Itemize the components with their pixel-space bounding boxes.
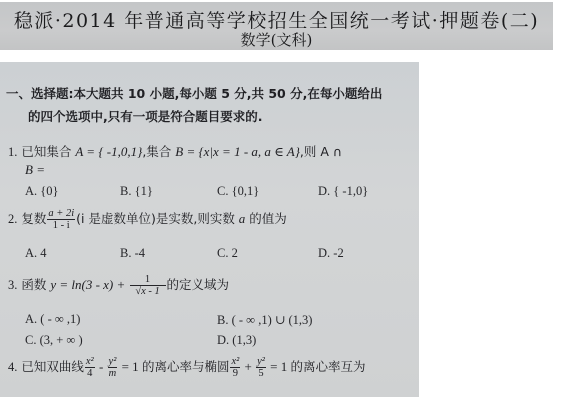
exam-page: 一、选择题:本大题共 10 小题,每小题 5 分,共 50 分,在每小题给出 的… bbox=[0, 62, 419, 397]
minus-sign: - bbox=[96, 359, 107, 374]
ellipse-x-term: x²9 bbox=[230, 356, 240, 379]
question-1-option-c: C. {0,1} bbox=[217, 184, 259, 199]
exam-header-banner: 稳派·2014 年普通高等学校招生全国统一考试·押题卷(二) 数学(文科) bbox=[0, 2, 553, 50]
equals-one: = 1 bbox=[118, 359, 142, 374]
fraction-denominator: 1 - i bbox=[47, 220, 75, 231]
question-2-text-b: (i 是虚数单位)是实数,则实数 bbox=[76, 211, 239, 226]
question-3-option-d: D. (1,3) bbox=[217, 333, 256, 348]
question-2-option-c: C. 2 bbox=[217, 246, 238, 261]
equals-one-2: = 1 bbox=[267, 359, 291, 374]
fraction-denominator: 9 bbox=[230, 368, 240, 379]
hyperbola-x-term: x²4 bbox=[85, 356, 95, 379]
question-3-text-b: 的定义域为 bbox=[167, 277, 230, 292]
question-3-number: 3. bbox=[8, 278, 17, 292]
question-4-text-c: 的离心率互为 bbox=[291, 359, 366, 374]
question-3-line: 3. 函数 y = ln(3 - x) + 1√x - 1的定义域为 bbox=[8, 274, 229, 297]
question-4-text: 已知双曲线 bbox=[21, 359, 84, 374]
question-4-line: 4. 已知双曲线x²4 - y²m = 1 的离心率与椭圆x²9 + y²5 =… bbox=[8, 356, 366, 379]
fraction-denominator: √x - 1 bbox=[130, 286, 166, 297]
question-1-text-c: ,则 A ∩ bbox=[300, 144, 342, 159]
question-4-number: 4. bbox=[8, 360, 17, 374]
reciprocal-sqrt-fraction: 1√x - 1 bbox=[130, 274, 166, 297]
question-1-option-a: A. {0} bbox=[25, 184, 59, 199]
question-1-option-b: B. {1} bbox=[120, 184, 153, 199]
question-3-option-c: C. (3, + ∞ ) bbox=[25, 333, 83, 348]
exam-subject: 数学(文科) bbox=[0, 29, 553, 50]
fraction-numerator: 1 bbox=[130, 274, 166, 286]
set-a-expr: A = { -1,0,1} bbox=[75, 144, 142, 159]
question-2-text-c: 的值为 bbox=[245, 211, 286, 226]
fraction-numerator: a + 2i bbox=[47, 208, 75, 220]
question-2-text: 复数 bbox=[21, 211, 46, 226]
question-1-line2: B = bbox=[25, 162, 45, 178]
ellipse-y-term: y²5 bbox=[256, 356, 266, 379]
question-2-option-d: D. -2 bbox=[318, 246, 344, 261]
question-1-line1: 1. 已知集合 A = { -1,0,1},集合 B = {x|x = 1 - … bbox=[8, 142, 342, 160]
fraction-denominator: m bbox=[108, 368, 118, 379]
question-1-option-d: D. { -1,0} bbox=[318, 184, 368, 199]
fraction-numerator: x² bbox=[230, 356, 240, 368]
complex-fraction: a + 2i1 - i bbox=[47, 208, 75, 231]
set-b-expr: B = {x|x = 1 - a, a ∈ A} bbox=[175, 144, 300, 159]
fraction-numerator: x² bbox=[85, 356, 95, 368]
question-1-number: 1. bbox=[8, 145, 17, 159]
question-3-option-a: A. ( - ∞ ,1) bbox=[25, 312, 80, 327]
question-2-option-a: A. 4 bbox=[25, 246, 47, 261]
fraction-denominator: 4 bbox=[85, 368, 95, 379]
function-expr: y = ln(3 - x) + bbox=[50, 277, 128, 292]
question-3-text: 函数 bbox=[21, 277, 50, 292]
section-heading-line2: 的四个选项中,只有一项是符合题目要求的. bbox=[28, 107, 263, 125]
question-3-option-b: B. ( - ∞ ,1) ∪ (1,3) bbox=[217, 312, 312, 328]
question-4-text-b: 的离心率与椭圆 bbox=[142, 359, 230, 374]
section-heading-line1: 一、选择题:本大题共 10 小题,每小题 5 分,共 50 分,在每小题给出 bbox=[6, 84, 382, 102]
question-1-text: 已知集合 bbox=[21, 144, 75, 159]
plus-sign: + bbox=[241, 359, 255, 374]
question-2-line: 2. 复数a + 2i1 - i(i 是虚数单位)是实数,则实数 a 的值为 bbox=[8, 208, 287, 231]
question-1-text-b: ,集合 bbox=[142, 144, 175, 159]
question-2-option-b: B. -4 bbox=[120, 246, 145, 261]
fraction-numerator: y² bbox=[108, 356, 118, 368]
fraction-denominator: 5 bbox=[256, 368, 266, 379]
hyperbola-y-term: y²m bbox=[108, 356, 118, 379]
fraction-numerator: y² bbox=[256, 356, 266, 368]
question-2-number: 2. bbox=[8, 212, 17, 226]
